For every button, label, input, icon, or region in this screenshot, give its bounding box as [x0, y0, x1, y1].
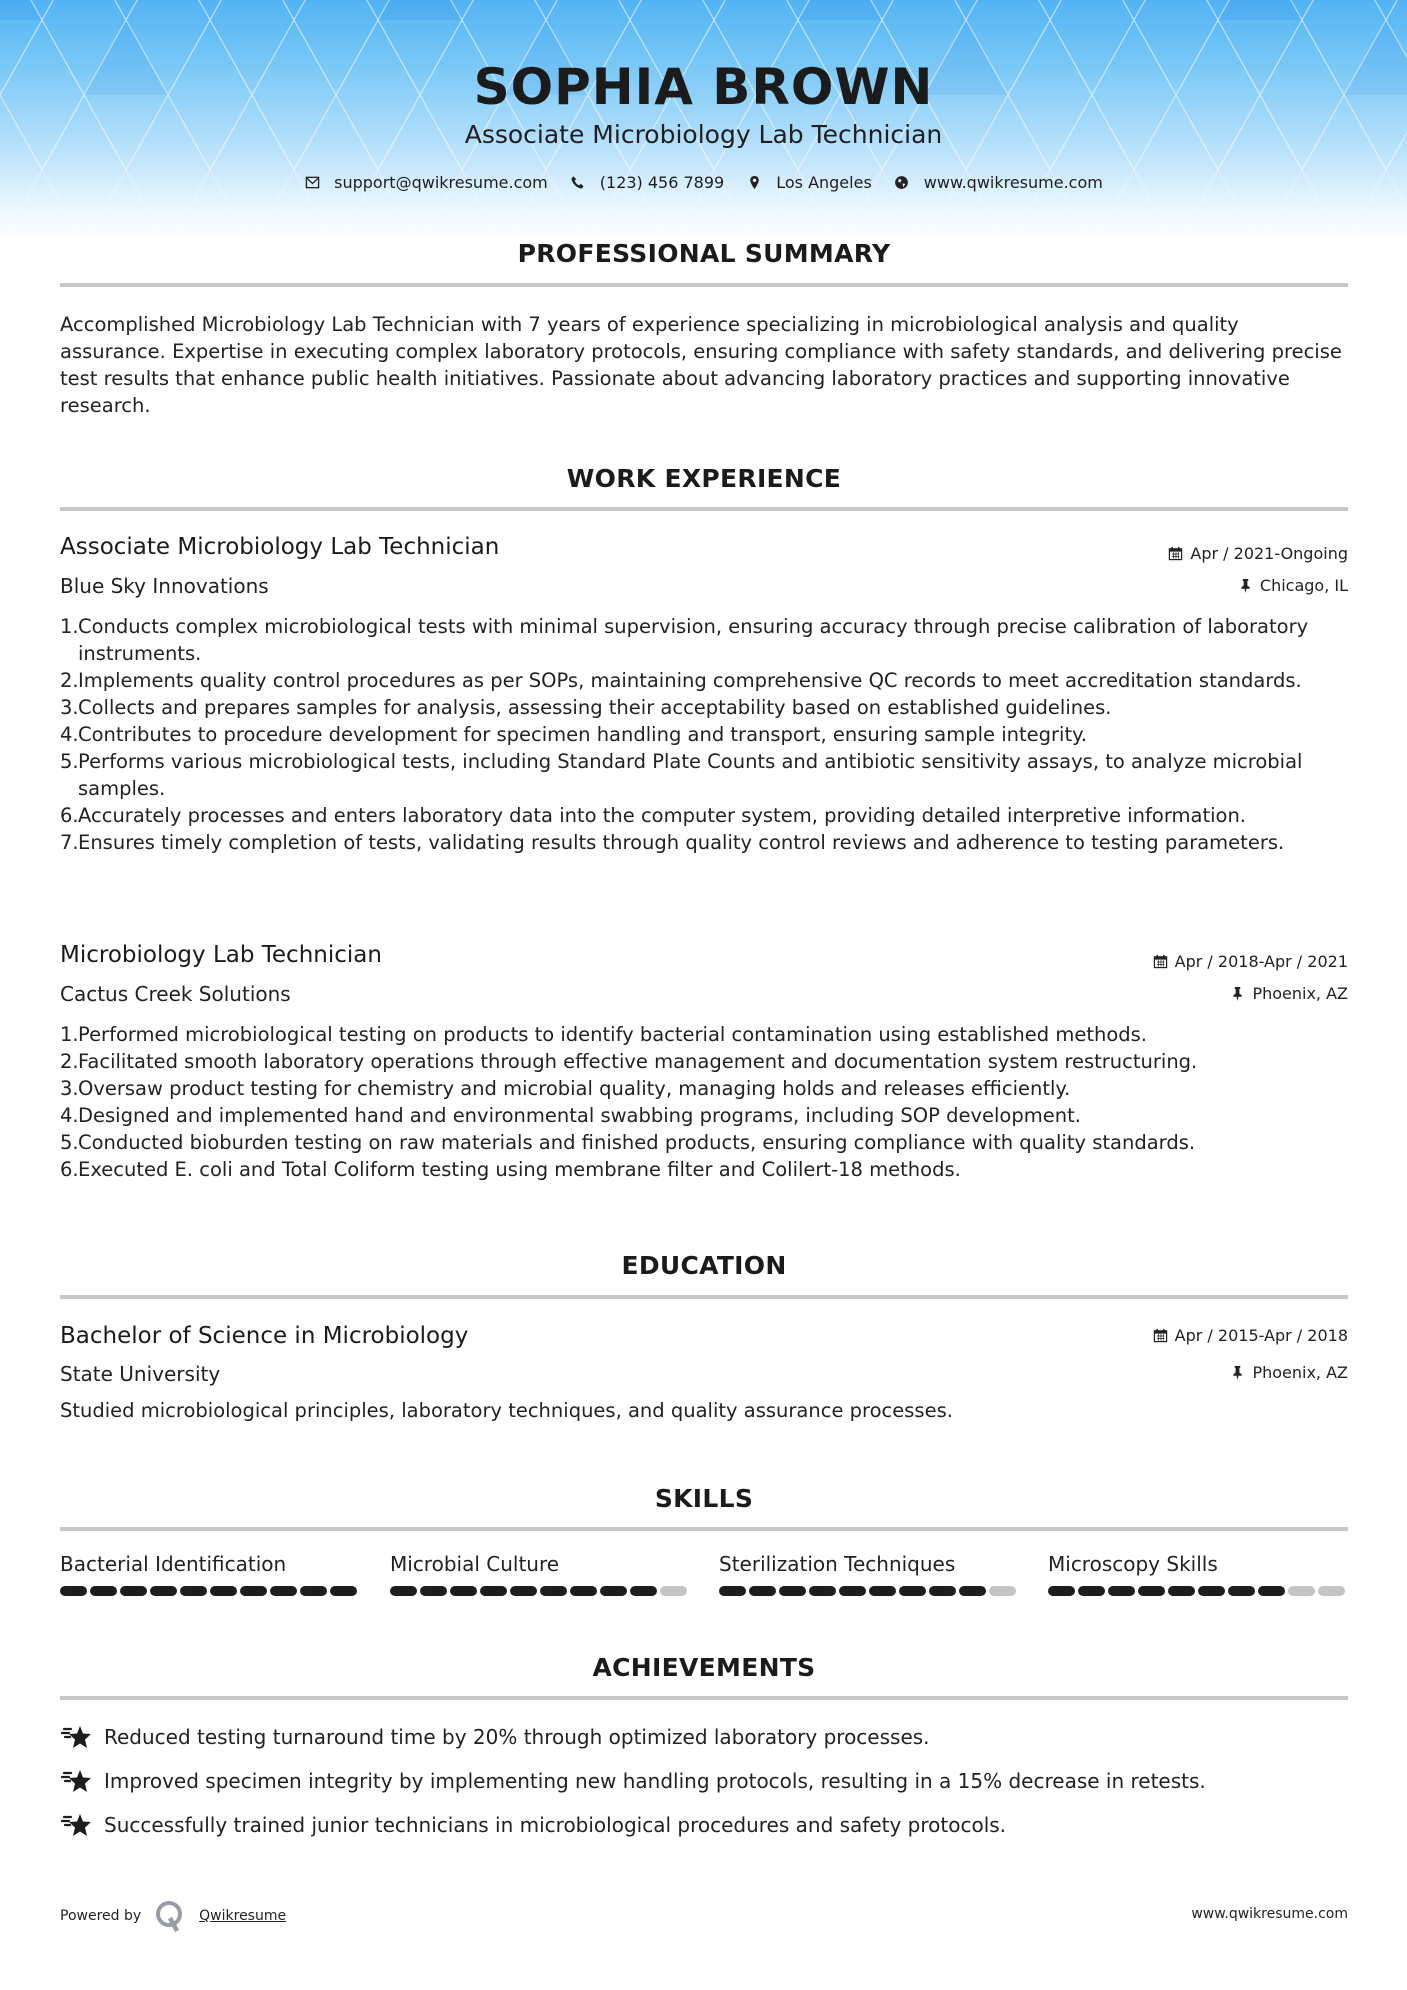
skill-item: Bacterial Identification [60, 1552, 360, 1596]
skill-level-segment [150, 1586, 177, 1596]
summary-text: Accomplished Microbiology Lab Technician… [60, 311, 1350, 419]
achievement-item: Improved specimen integrity by implement… [60, 1767, 1206, 1795]
job-title: Associate Microbiology Lab Technician [60, 534, 499, 560]
skill-level-bar [719, 1586, 1019, 1596]
item-number: 1. [60, 613, 78, 667]
phone-icon [570, 175, 586, 191]
skill-level-segment [570, 1586, 597, 1596]
contact-email[interactable]: support@qwikresume.com [304, 173, 548, 192]
section-divider [60, 507, 1348, 511]
skill-level-segment [869, 1586, 896, 1596]
skill-name: Sterilization Techniques [719, 1552, 1019, 1582]
calendar-icon [1168, 546, 1183, 561]
skill-level-segment [60, 1586, 87, 1596]
qwikresume-logo-icon [155, 1900, 185, 1932]
skill-level-segment [1108, 1586, 1135, 1596]
achievement-item: Reduced testing turnaround time by 20% t… [60, 1723, 930, 1751]
calendar-icon [1153, 954, 1168, 969]
skill-level-segment [809, 1586, 836, 1596]
skill-level-segment [779, 1586, 806, 1596]
skill-level-segment [270, 1586, 297, 1596]
responsibility-item: 4.Designed and implemented hand and envi… [60, 1102, 1350, 1129]
skill-level-segment [749, 1586, 776, 1596]
skill-level-segment [1138, 1586, 1165, 1596]
responsibility-item: 3.Collects and prepares samples for anal… [60, 694, 1350, 721]
company-name: Cactus Creek Solutions [60, 982, 291, 1006]
skill-level-segment [630, 1586, 657, 1596]
responsibility-item: 2.Implements quality control procedures … [60, 667, 1350, 694]
website-text: www.qwikresume.com [924, 173, 1103, 192]
skill-level-segment [600, 1586, 627, 1596]
item-number: 6. [60, 802, 78, 829]
section-heading-experience: WORK EXPERIENCE [60, 464, 1348, 493]
email-text: support@qwikresume.com [334, 173, 548, 192]
responsibility-item: 2.Facilitated smooth laboratory operatio… [60, 1048, 1350, 1075]
achievement-text: Improved specimen integrity by implement… [104, 1769, 1206, 1793]
item-number: 7. [60, 829, 78, 856]
skill-level-bar [390, 1586, 690, 1596]
job-responsibilities: 1.Performed microbiological testing on p… [60, 1021, 1350, 1183]
job-responsibilities: 1.Conducts complex microbiological tests… [60, 613, 1350, 856]
education-description: Studied microbiological principles, labo… [60, 1397, 1350, 1424]
section-heading-summary: PROFESSIONAL SUMMARY [60, 239, 1348, 268]
section-heading-achievements: ACHIEVEMENTS [60, 1653, 1348, 1682]
item-number: 2. [60, 667, 78, 694]
map-marker-icon [746, 175, 762, 191]
skill-level-segment [660, 1586, 687, 1596]
achievement-text: Reduced testing turnaround time by 20% t… [104, 1725, 930, 1749]
contact-bar: support@qwikresume.com (123) 456 7899 Lo… [0, 173, 1407, 192]
skill-level-segment [180, 1586, 207, 1596]
achievement-text: Successfully trained junior technicians … [104, 1813, 1006, 1837]
item-number: 6. [60, 1156, 78, 1183]
item-text: Executed E. coli and Total Coliform test… [78, 1156, 961, 1183]
skill-level-segment [210, 1586, 237, 1596]
pushpin-icon [1230, 1365, 1245, 1380]
skill-name: Bacterial Identification [60, 1552, 360, 1582]
item-number: 1. [60, 1021, 78, 1048]
skill-level-segment [90, 1586, 117, 1596]
skill-level-segment [1048, 1586, 1075, 1596]
job-dates: Apr / 2018-Apr / 2021 [1153, 952, 1348, 971]
job-location: Phoenix, AZ [1230, 984, 1348, 1003]
skill-level-segment [450, 1586, 477, 1596]
skill-level-segment [929, 1586, 956, 1596]
section-divider [60, 1527, 1348, 1531]
job-title: Microbiology Lab Technician [60, 942, 382, 968]
item-number: 5. [60, 748, 78, 802]
section-heading-education: EDUCATION [60, 1251, 1348, 1280]
skill-level-segment [510, 1586, 537, 1596]
company-name: Blue Sky Innovations [60, 574, 269, 598]
skill-level-segment [120, 1586, 147, 1596]
skill-level-segment [899, 1586, 926, 1596]
skill-level-segment [390, 1586, 417, 1596]
job-location: Chicago, IL [1238, 576, 1348, 595]
shooting-star-icon [60, 1811, 104, 1839]
responsibility-item: 5.Performs various microbiological tests… [60, 748, 1350, 802]
responsibility-item: 6.Accurately processes and enters labora… [60, 802, 1350, 829]
item-number: 2. [60, 1048, 78, 1075]
responsibility-item: 4.Contributes to procedure development f… [60, 721, 1350, 748]
skill-level-segment [540, 1586, 567, 1596]
section-divider [60, 283, 1348, 287]
item-number: 5. [60, 1129, 78, 1156]
calendar-icon [1153, 1328, 1168, 1343]
item-text: Conducted bioburden testing on raw mater… [78, 1129, 1195, 1156]
item-text: Performed microbiological testing on pro… [78, 1021, 1147, 1048]
phone-text: (123) 456 7899 [600, 173, 724, 192]
section-divider [60, 1295, 1348, 1299]
skill-level-segment [1318, 1586, 1345, 1596]
skill-level-segment [480, 1586, 507, 1596]
responsibility-item: 1.Performed microbiological testing on p… [60, 1021, 1350, 1048]
responsibility-item: 3.Oversaw product testing for chemistry … [60, 1075, 1350, 1102]
achievement-item: Successfully trained junior technicians … [60, 1811, 1006, 1839]
item-number: 3. [60, 694, 78, 721]
item-text: Contributes to procedure development for… [78, 721, 1087, 748]
pushpin-icon [1238, 578, 1253, 593]
skill-level-segment [989, 1586, 1016, 1596]
section-divider [60, 1696, 1348, 1700]
responsibility-item: 1.Conducts complex microbiological tests… [60, 613, 1350, 667]
skill-level-segment [1198, 1586, 1225, 1596]
contact-location: Los Angeles [746, 173, 872, 192]
skill-level-segment [1078, 1586, 1105, 1596]
item-number: 4. [60, 721, 78, 748]
item-text: Accurately processes and enters laborato… [78, 802, 1246, 829]
skill-name: Microbial Culture [390, 1552, 690, 1582]
skill-level-segment [1288, 1586, 1315, 1596]
responsibility-item: 5.Conducted bioburden testing on raw mat… [60, 1129, 1350, 1156]
envelope-icon [304, 175, 320, 191]
qwikresume-link[interactable]: Qwikresume [199, 1908, 286, 1924]
item-number: 4. [60, 1102, 78, 1129]
skill-level-bar [1048, 1586, 1348, 1596]
degree-title: Bachelor of Science in Microbiology [60, 1323, 468, 1349]
item-text: Conducts complex microbiological tests w… [78, 613, 1350, 667]
item-text: Ensures timely completion of tests, vali… [78, 829, 1284, 856]
item-text: Facilitated smooth laboratory operations… [78, 1048, 1197, 1075]
section-heading-skills: SKILLS [60, 1484, 1348, 1513]
school-name: State University [60, 1362, 220, 1386]
item-text: Designed and implemented hand and enviro… [78, 1102, 1081, 1129]
responsibility-item: 7.Ensures timely completion of tests, va… [60, 829, 1350, 856]
skill-level-bar [60, 1586, 360, 1596]
item-text: Oversaw product testing for chemistry an… [78, 1075, 1070, 1102]
location-text: Los Angeles [776, 173, 872, 192]
skill-level-segment [330, 1586, 357, 1596]
responsibility-item: 6.Executed E. coli and Total Coliform te… [60, 1156, 1350, 1183]
skill-level-segment [1168, 1586, 1195, 1596]
contact-website[interactable]: www.qwikresume.com [894, 173, 1103, 192]
skill-level-segment [959, 1586, 986, 1596]
skill-level-segment [420, 1586, 447, 1596]
skill-level-segment [1258, 1586, 1285, 1596]
globe-icon [894, 175, 910, 191]
skill-item: Sterilization Techniques [719, 1552, 1019, 1596]
skill-level-segment [719, 1586, 746, 1596]
skill-level-segment [300, 1586, 327, 1596]
footer-website[interactable]: www.qwikresume.com [1191, 1906, 1348, 1922]
skill-level-segment [839, 1586, 866, 1596]
shooting-star-icon [60, 1767, 104, 1795]
job-dates: Apr / 2021-Ongoing [1168, 544, 1348, 563]
item-number: 3. [60, 1075, 78, 1102]
shooting-star-icon [60, 1723, 104, 1751]
resume-header: SOPHIA BROWN Associate Microbiology Lab … [0, 0, 1407, 240]
skill-level-segment [240, 1586, 267, 1596]
education-location: Phoenix, AZ [1230, 1363, 1348, 1382]
skill-name: Microscopy Skills [1048, 1552, 1348, 1582]
skill-level-segment [1228, 1586, 1255, 1596]
item-text: Implements quality control procedures as… [78, 667, 1302, 694]
skill-item: Microscopy Skills [1048, 1552, 1348, 1596]
footer-powered-by: Powered by Qwikresume [60, 1900, 286, 1932]
item-text: Collects and prepares samples for analys… [78, 694, 1111, 721]
contact-phone[interactable]: (123) 456 7899 [570, 173, 724, 192]
candidate-title: Associate Microbiology Lab Technician [0, 120, 1407, 149]
candidate-name: SOPHIA BROWN [0, 58, 1407, 116]
pushpin-icon [1230, 986, 1245, 1001]
item-text: Performs various microbiological tests, … [78, 748, 1350, 802]
education-dates: Apr / 2015-Apr / 2018 [1153, 1326, 1348, 1345]
skill-item: Microbial Culture [390, 1552, 690, 1596]
